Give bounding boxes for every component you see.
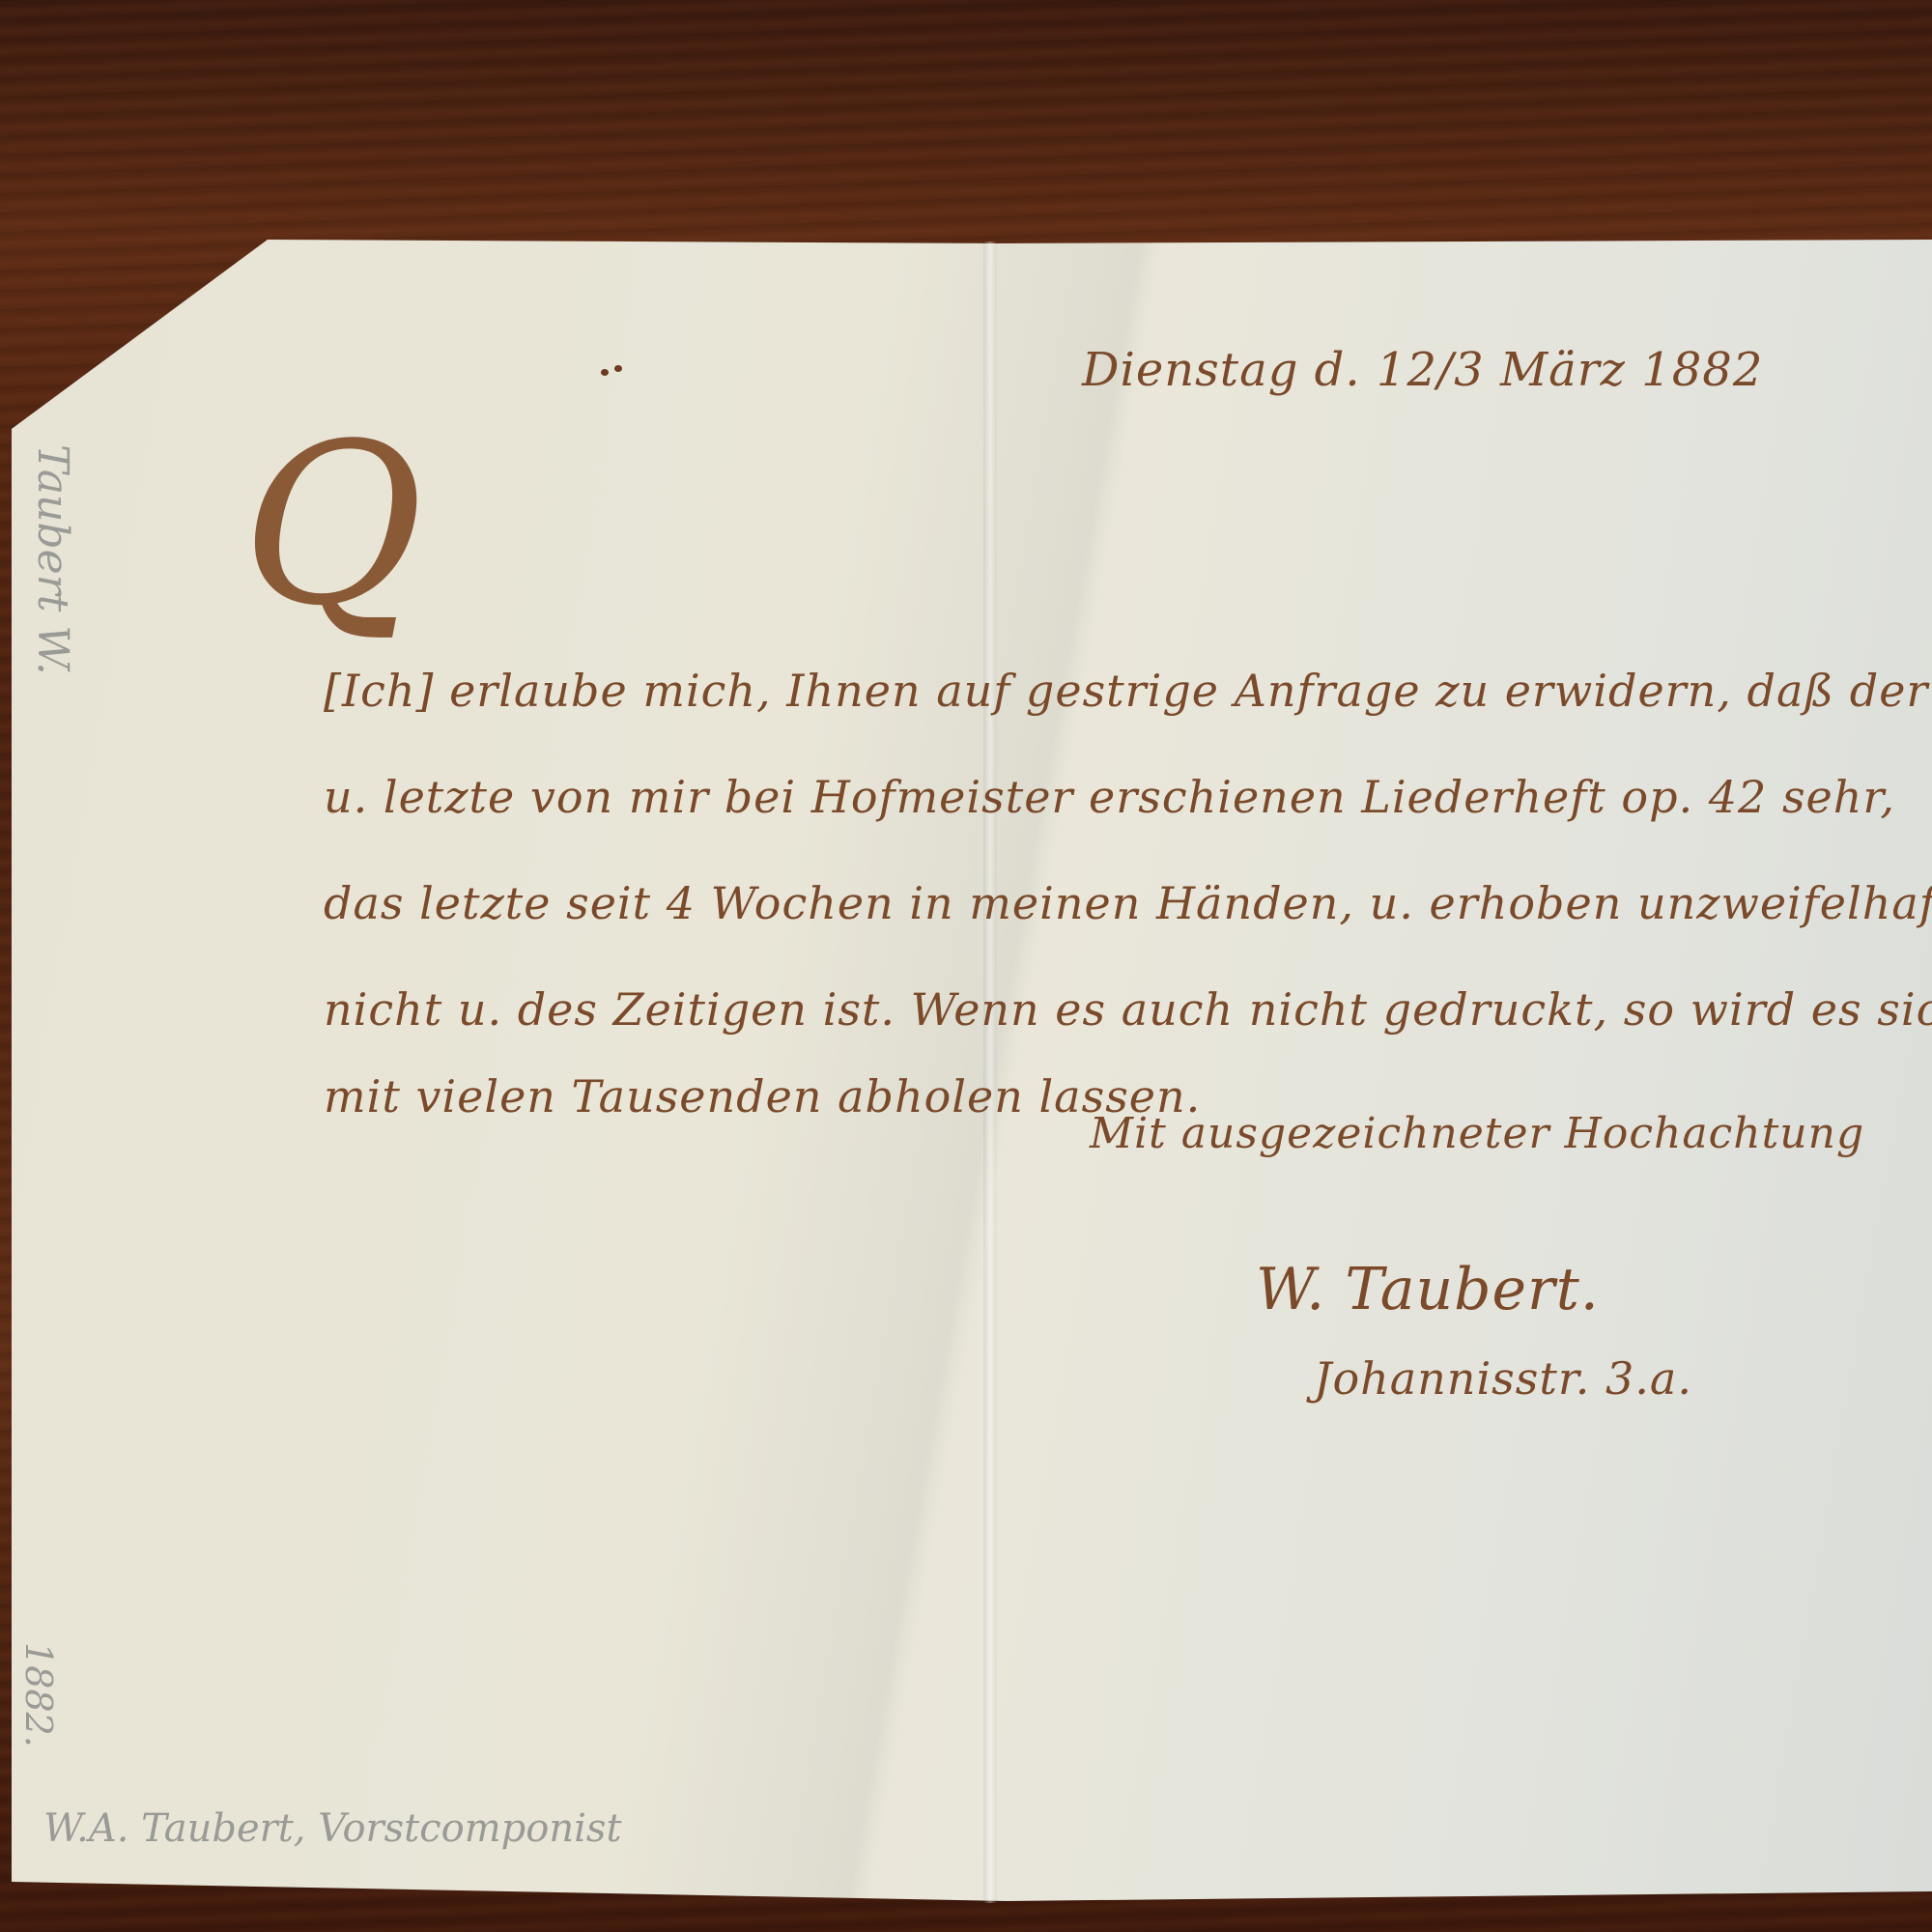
signature: W. Taubert. xyxy=(1256,1256,1600,1323)
ink-blot xyxy=(601,365,630,379)
salutation-initial: Q xyxy=(241,415,424,638)
pencil-note-bottom: W.A. Taubert, Vorstcomponist xyxy=(43,1806,622,1851)
body-line-3: das letzte seit 4 Wochen in meinen Hände… xyxy=(324,877,1932,929)
letter-sheet: Dienstag d. 12/3 März 1882 Q [Ich] erlau… xyxy=(0,0,1932,1932)
dateline: Dienstag d. 12/3 März 1882 xyxy=(1082,343,1763,397)
body-line-4: nicht u. des Zeitigen ist. Wenn es auch … xyxy=(324,983,1932,1036)
body-line-1: [Ich] erlaube mich, Ihnen auf gestrige A… xyxy=(324,665,1932,717)
address: Johannisstr. 3.a. xyxy=(1314,1352,1692,1405)
pencil-note-margin-top: Taubert W. xyxy=(28,444,77,675)
pencil-note-margin-year: 1882. xyxy=(17,1642,60,1747)
closing: Mit ausgezeichneter Hochachtung xyxy=(1090,1109,1864,1158)
body-line-5: mit vielen Tausenden abholen lassen. xyxy=(324,1070,1201,1122)
body-line-2: u. letzte von mir bei Hofmeister erschie… xyxy=(324,771,1895,823)
